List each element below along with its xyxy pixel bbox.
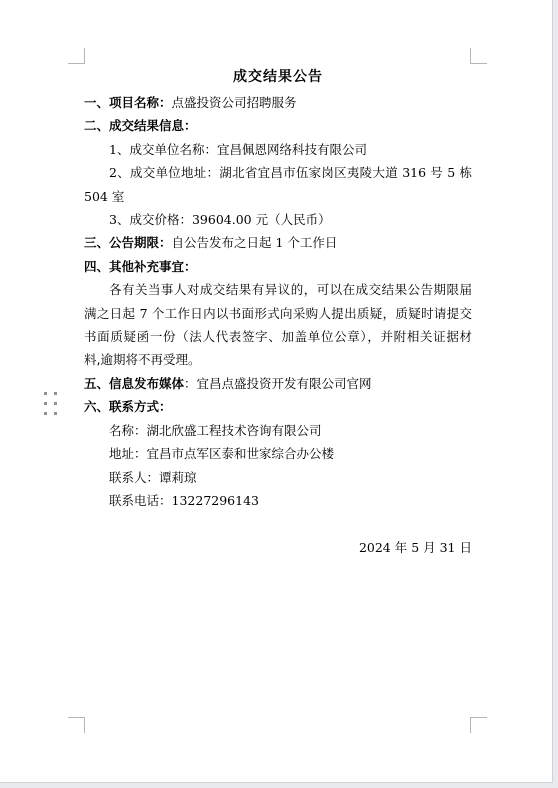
- drag-handle-icon[interactable]: [44, 392, 57, 415]
- text-boundary-mark-top-left-icon: [68, 48, 85, 64]
- paragraph-text: 联系人：谭莉琼: [109, 470, 197, 485]
- contact-address[interactable]: 地址：宜昌市点军区泰和世家综合办公楼: [84, 442, 472, 465]
- section-label: 一、项目名称：: [84, 95, 172, 110]
- text-line: 料,逾期将不再受理。: [84, 348, 472, 371]
- document-body: 一、项目名称：点盛投资公司招聘服务二、成交结果信息：1、成交单位名称：宜昌佩恩网…: [84, 91, 472, 512]
- document-title[interactable]: 成交结果公告: [84, 63, 472, 91]
- contact-person[interactable]: 联系人：谭莉琼: [84, 466, 472, 489]
- section-label: 三、公告期限：: [84, 235, 172, 250]
- paragraph-text: 点盛投资公司招聘服务: [172, 95, 297, 110]
- paragraph-text: 1、成交单位名称：宜昌佩恩网络科技有限公司: [109, 142, 367, 157]
- latin-text: 1: [276, 235, 284, 250]
- latin-text: 13227296143: [172, 493, 259, 508]
- text-line: 满之日起 7 个工作日内以书面形式向采购人提出质疑，质疑时请提交: [84, 302, 472, 325]
- section-project-name[interactable]: 一、项目名称：点盛投资公司招聘服务: [84, 91, 472, 114]
- latin-text: 3: [109, 212, 117, 227]
- paragraph-text: ：宜昌点盛投资开发有限公司官网: [184, 376, 372, 391]
- item-winner-address[interactable]: 2、成交单位地址：湖北省宜昌市伍家岗区夷陵大道 316 号 5 栋504 室: [84, 161, 472, 208]
- section-other-matters[interactable]: 四、其他补充事宜：: [84, 255, 472, 278]
- latin-text: 5: [411, 540, 419, 555]
- contact-name[interactable]: 名称：湖北欣盛工程技术咨询有限公司: [84, 419, 472, 442]
- text-boundary-mark-top-right-icon: [470, 48, 487, 64]
- latin-text: 31: [440, 540, 456, 555]
- section-publish-media[interactable]: 五、信息发布媒体：宜昌点盛投资开发有限公司官网: [84, 372, 472, 395]
- item-winner-name[interactable]: 1、成交单位名称：宜昌佩恩网络科技有限公司: [84, 138, 472, 161]
- drag-handle-dot: [44, 392, 47, 395]
- text-boundary-mark-bottom-right-icon: [470, 717, 487, 733]
- section-label: 五、信息发布媒体: [84, 376, 184, 391]
- latin-text: 504: [84, 189, 108, 204]
- drag-handle-dot: [44, 412, 47, 415]
- latin-text: 2: [109, 165, 117, 180]
- paragraph-text: 自公告发布之日起 1 个工作日: [172, 235, 338, 250]
- drag-handle-dot: [44, 402, 47, 405]
- text-boundary-mark-bottom-left-icon: [68, 717, 85, 733]
- latin-text: 2024: [359, 540, 391, 555]
- section-contact[interactable]: 六、联系方式：: [84, 395, 472, 418]
- document-text-area[interactable]: 成交结果公告 一、项目名称：点盛投资公司招聘服务二、成交结果信息：1、成交单位名…: [84, 63, 472, 559]
- section-announcement-period[interactable]: 三、公告期限：自公告发布之日起 1 个工作日: [84, 231, 472, 254]
- paragraph-text: 名称：湖北欣盛工程技术咨询有限公司: [109, 423, 322, 438]
- drag-handle-dot: [54, 402, 57, 405]
- item-price[interactable]: 3、成交价格：39604.00 元（人民币）: [84, 208, 472, 231]
- latin-text: 39604.00: [192, 212, 252, 227]
- app-background: { "window": { "canvas_background": "#e8e…: [0, 0, 558, 788]
- section-result-info[interactable]: 二、成交结果信息：: [84, 114, 472, 137]
- drag-handle-dot: [54, 412, 57, 415]
- document-date[interactable]: 2024 年 5 月 31 日: [84, 536, 472, 559]
- paragraph-text: 3、成交价格：39604.00 元（人民币）: [109, 212, 331, 227]
- latin-text: 316: [402, 165, 426, 180]
- latin-text: 7: [140, 306, 148, 321]
- paragraph-text: 地址：宜昌市点军区泰和世家综合办公楼: [109, 446, 334, 461]
- text-line: 504 室: [84, 185, 472, 208]
- drag-handle-dot: [54, 392, 57, 395]
- paragraph-text: 联系电话：13227296143: [109, 493, 259, 508]
- text-line: 书面质疑函一份（法人代表签字、加盖单位公章），并附相关证据材: [84, 325, 472, 348]
- section-label: 二、成交结果信息：: [84, 118, 197, 133]
- latin-text: 1: [109, 142, 117, 157]
- section-label: 六、联系方式：: [84, 399, 172, 414]
- section-label: 四、其他补充事宜：: [84, 259, 197, 274]
- document-page[interactable]: 成交结果公告 一、项目名称：点盛投资公司招聘服务二、成交结果信息：1、成交单位名…: [0, 0, 553, 783]
- contact-phone[interactable]: 联系电话：13227296143: [84, 489, 472, 512]
- para-objection[interactable]: 各有关当事人对成交结果有异议的，可以在成交结果公告期限届满之日起 7 个工作日内…: [84, 278, 472, 372]
- text-line: 各有关当事人对成交结果有异议的，可以在成交结果公告期限届: [84, 278, 472, 301]
- text-line: 2、成交单位地址：湖北省宜昌市伍家岗区夷陵大道 316 号 5 栋: [84, 161, 472, 184]
- latin-text: 5: [447, 165, 455, 180]
